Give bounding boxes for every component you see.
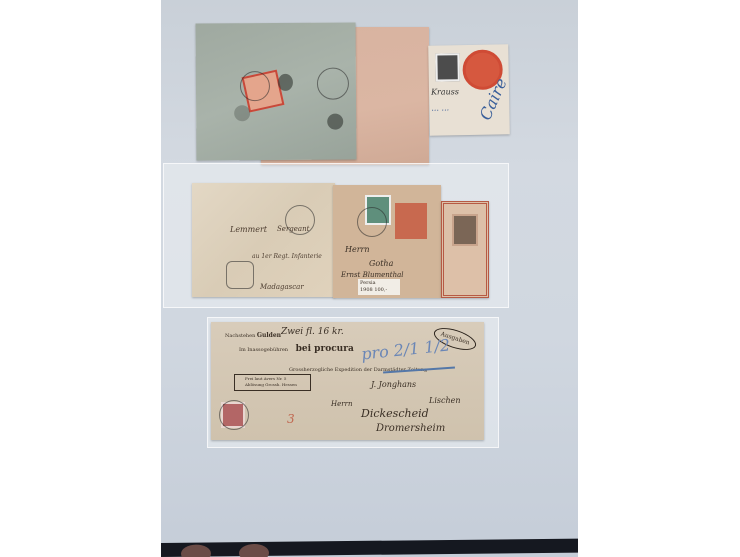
wax-seal: [327, 114, 343, 130]
postmark: [317, 67, 349, 99]
printed-prefix: Nachstehen: [225, 333, 255, 339]
portrait-indicium: [452, 214, 478, 246]
handwriting: Herrn: [331, 400, 352, 408]
finger: [181, 544, 211, 557]
red-mark: 3: [287, 412, 295, 426]
price-label: Persia 1908 100,-: [358, 279, 400, 295]
octagonal-cancel: [226, 261, 254, 289]
box-line: Ablösung Grossh. Hessen: [245, 382, 297, 387]
handwriting: Dickescheid: [361, 407, 429, 420]
handwriting: Krauss: [431, 87, 459, 96]
indicium: [395, 203, 427, 239]
photo-bottom-edge: [161, 539, 578, 557]
printed-text: Im Inassogebühren bei procura: [239, 344, 354, 354]
persia-card-1: Herrn Gotha Ernst Blumenthal Persia 1908…: [333, 185, 441, 298]
portrait-stamp: [435, 53, 459, 81]
handwriting: au 1er Regt. Infanterie: [252, 253, 322, 260]
handwriting: ... ...: [431, 103, 449, 112]
postmark: [219, 400, 249, 430]
handwriting: Lemmert: [230, 225, 267, 234]
handwriting: J. Jonghans: [371, 380, 416, 389]
price-label-line: Persia: [360, 280, 376, 286]
printed-word: bei procura: [296, 344, 354, 354]
box-line: Frei laut Avers Nr. 5: [245, 376, 286, 381]
printed-text: Nachstehen Gulden: [225, 332, 281, 339]
persia-card-2: [441, 201, 489, 298]
green-envelope: [196, 22, 357, 160]
handwriting: Herrn: [345, 245, 370, 254]
wax-seal: [278, 74, 293, 91]
handwriting: Dromersheim: [376, 423, 445, 434]
postmark: [240, 71, 270, 101]
price-label-line: 1908 100,-: [360, 287, 387, 293]
printed-word: Gulden: [257, 332, 281, 339]
handwriting: Ernst Blumenthal: [341, 271, 404, 279]
handwriting: Sergeant: [277, 225, 309, 233]
postmark: [357, 207, 387, 237]
printed-box: Frei laut Avers Nr. 5 Ablösung Grossh. H…: [234, 374, 311, 391]
album-page-photo: Krauss ... ... Caire Lemmert Sergeant au…: [161, 0, 578, 557]
printed-prefix: Im Inassogebühren: [239, 347, 288, 353]
wax-seal: [234, 105, 250, 121]
handwriting: Madagascar: [260, 283, 304, 291]
handwritten-amount: Zwei fl. 16 kr.: [281, 327, 344, 337]
handwriting: Gotha: [369, 259, 393, 268]
aged-cover: Lemmert Sergeant au 1er Regt. Infanterie…: [192, 183, 335, 297]
handwriting: Lischen: [429, 396, 461, 405]
egypt-card: Krauss ... ... Caire: [428, 44, 510, 135]
finger: [239, 544, 269, 557]
blue-annotation: pro 2/1 1/2: [360, 335, 451, 363]
postal-receipt: Nachstehen Gulden Zwei fl. 16 kr. Im Ina…: [211, 322, 484, 440]
